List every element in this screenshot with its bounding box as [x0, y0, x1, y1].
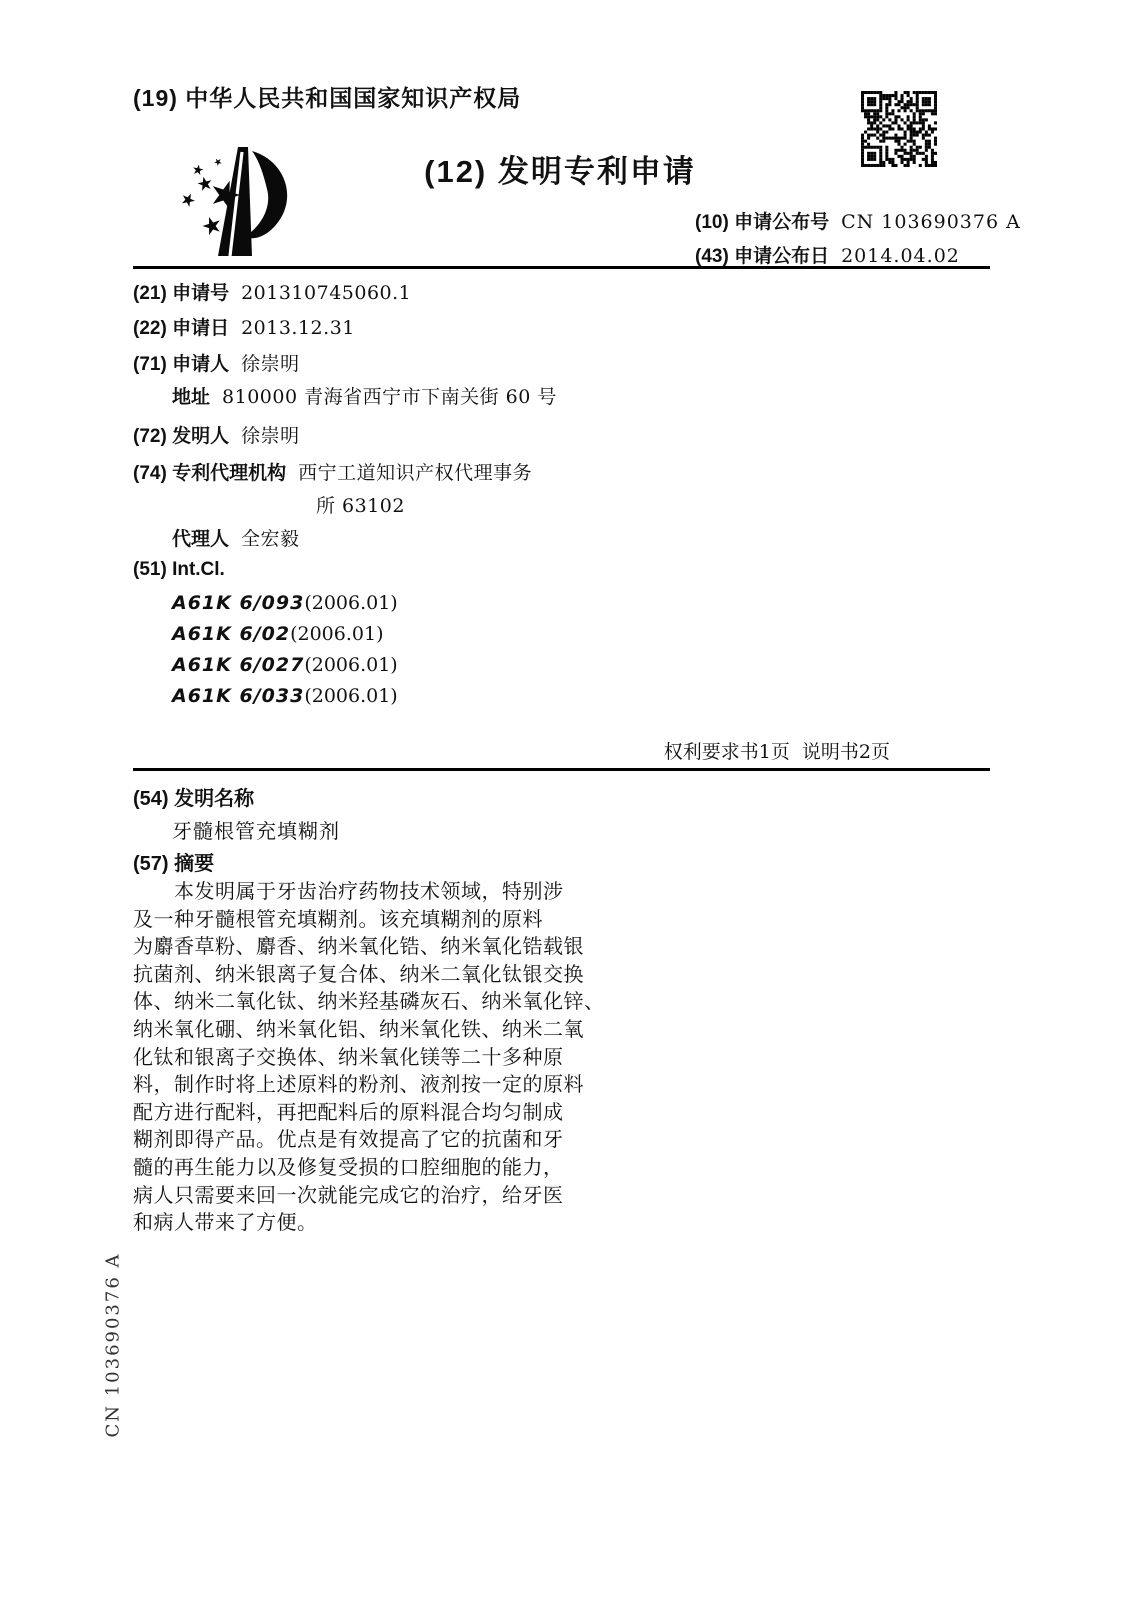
abstract-line: 为麝香草粉、麝香、纳米氧化锆、纳米氧化锆载银 [133, 933, 623, 961]
intcl-label: (51) Int.Cl. [133, 559, 225, 580]
address-label: 地址 [172, 387, 210, 408]
classification-version: (2006.01) [290, 623, 383, 645]
publication-date-value: 2014.04.02 [841, 245, 960, 267]
side-publication-code: CN 103690376 A [103, 1252, 124, 1437]
application-number-value: 201310745060.1 [241, 282, 411, 304]
application-date-value: 2013.12.31 [241, 317, 355, 339]
agency-value-line1: 西宁工道知识产权代理事务 [298, 462, 532, 484]
classification-version: (2006.01) [304, 685, 397, 707]
inventor-label: (72) 发明人 [133, 426, 229, 447]
classification-row: A61K 6/033(2006.01) [172, 685, 398, 708]
invention-title-label: (54) 发明名称 [133, 782, 254, 811]
publication-date-label: (43) 申请公布日 [695, 246, 829, 267]
intcl-row: (51) Int.Cl. [133, 559, 237, 581]
applicant-label: (71) 申请人 [133, 354, 229, 375]
abstract-line: 髓的再生能力以及修复受损的口腔细胞的能力， [133, 1154, 623, 1182]
abstract-label: (57) 摘要 [133, 847, 214, 876]
applicant-value: 徐崇明 [241, 353, 300, 375]
abstract-line: 本发明属于牙齿治疗药物技术领域，特别涉 [133, 878, 623, 906]
agent-label: 代理人 [172, 529, 229, 550]
abstract-line: 化钛和银离子交换体、纳米氧化镁等二十多种原 [133, 1044, 623, 1072]
abstract-line: 纳米氧化硼、纳米氧化铝、纳米氧化铁、纳米二氧 [133, 1016, 623, 1044]
abstract-line: 及一种牙髓根管充填糊剂。该充填糊剂的原料 [133, 906, 623, 934]
classification-row: A61K 6/027(2006.01) [172, 654, 398, 677]
abstract-line: 料，制作时将上述原料的粉剂、液剂按一定的原料 [133, 1071, 623, 1099]
publication-number-label: (10) 申请公布号 [695, 212, 829, 233]
agency-label: (74) 专利代理机构 [133, 463, 286, 484]
abstract-text: 本发明属于牙齿治疗药物技术领域，特别涉 及一种牙髓根管充填糊剂。该充填糊剂的原料… [133, 878, 623, 1237]
abstract-line: 病人只需要来回一次就能完成它的治疗，给牙医 [133, 1182, 623, 1210]
qr-code-icon [861, 91, 937, 167]
invention-title: 牙髓根管充填糊剂 [172, 815, 340, 844]
application-date-row: (22) 申请日2013.12.31 [133, 313, 355, 340]
classification-row: A61K 6/02(2006.01) [172, 623, 384, 646]
publication-number-row: (10) 申请公布号CN 103690376 A [695, 207, 1021, 234]
inventor-row: (72) 发明人徐崇明 [133, 421, 300, 448]
document-type-title: (12) 发明专利申请 [360, 146, 760, 191]
abstract-line: 抗菌剂、纳米银离子复合体、纳米二氧化钛银交换 [133, 961, 623, 989]
agency-row: (74) 专利代理机构西宁工道知识产权代理事务 [133, 458, 532, 485]
agent-value: 全宏毅 [241, 528, 300, 550]
application-date-label: (22) 申请日 [133, 318, 229, 339]
publication-number-value: CN 103690376 A [841, 211, 1021, 233]
issuing-office: (19) 中华人民共和国国家知识产权局 [133, 80, 521, 113]
publication-date-row: (43) 申请公布日2014.04.02 [695, 241, 960, 268]
classification-code: A61K 6/033 [172, 685, 304, 707]
agency-value-line2: 所 63102 [316, 495, 405, 517]
classification-code: A61K 6/027 [172, 654, 304, 676]
abstract-line: 和病人带来了方便。 [133, 1209, 623, 1237]
header-divider [133, 266, 990, 269]
classification-row: A61K 6/093(2006.01) [172, 592, 398, 615]
abstract-line: 体、纳米二氧化钛、纳米羟基磷灰石、纳米氧化锌、 [133, 988, 623, 1016]
patent-front-page: (19) 中华人民共和国国家知识产权局 (12) 发明专利申请 (10) 申请公… [0, 0, 1131, 1600]
application-number-row: (21) 申请号201310745060.1 [133, 278, 411, 305]
classification-code: A61K 6/02 [172, 623, 290, 645]
classification-code: A61K 6/093 [172, 592, 304, 614]
pages-summary: 权利要求书1页 说明书2页 [133, 737, 890, 764]
sipo-logo-icon [168, 144, 300, 262]
classification-version: (2006.01) [304, 592, 397, 614]
classification-version: (2006.01) [304, 654, 397, 676]
address-value: 810000 青海省西宁市下南关街 60 号 [222, 386, 557, 408]
abstract-line: 糊剂即得产品。优点是有效提高了它的抗菌和牙 [133, 1126, 623, 1154]
abstract-divider [133, 768, 990, 771]
application-number-label: (21) 申请号 [133, 283, 229, 304]
applicant-row: (71) 申请人徐崇明 [133, 349, 300, 376]
abstract-line: 配方进行配料，再把配料后的原料混合均匀制成 [133, 1099, 623, 1127]
address-row: 地址810000 青海省西宁市下南关街 60 号 [172, 382, 557, 409]
agent-row: 代理人全宏毅 [172, 524, 300, 551]
inventor-value: 徐崇明 [241, 425, 300, 447]
agency-row-line2: 所 63102 [316, 491, 405, 518]
